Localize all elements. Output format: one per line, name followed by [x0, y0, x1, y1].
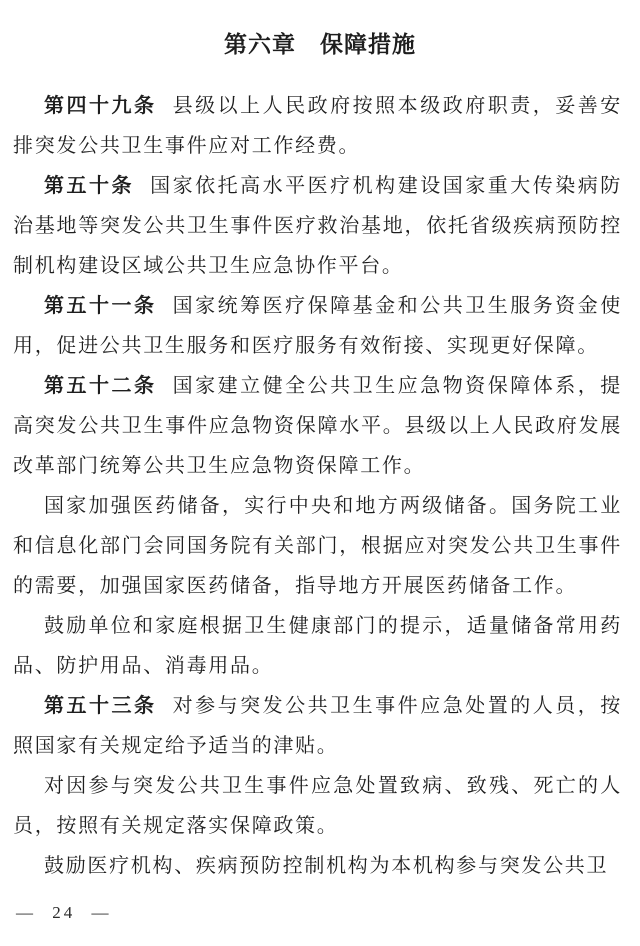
paragraph-text: 对因参与突发公共卫生事件应急处置致病、致残、死亡的人员，按照有关规定落实保障政策…: [13, 775, 622, 837]
article-number-label: 第四十九条: [44, 95, 157, 117]
paragraph-text: 国家加强医药储备，实行中央和地方两级储备。国务院工业和信息化部门会同国务院有关部…: [13, 495, 622, 597]
article-paragraph: 第五十三条对参与突发公共卫生事件应急处置的人员，按照国家有关规定给予适当的津贴。: [13, 686, 622, 766]
article-number-label: 第五十条: [44, 175, 134, 197]
article-paragraph: 第五十一条国家统筹医疗保障基金和公共卫生服务资金使用，促进公共卫生服务和医疗服务…: [13, 286, 622, 366]
document-body: 第四十九条县级以上人民政府按照本级政府职责，妥善安排突发公共卫生事件应对工作经费…: [13, 86, 622, 886]
article-paragraph: 第四十九条县级以上人民政府按照本级政府职责，妥善安排突发公共卫生事件应对工作经费…: [13, 86, 622, 166]
article-paragraph: 对因参与突发公共卫生事件应急处置致病、致残、死亡的人员，按照有关规定落实保障政策…: [13, 766, 622, 846]
page-number: — 24 —: [16, 903, 112, 923]
article-number-label: 第五十三条: [44, 695, 157, 717]
document-page: 第六章 保障措施 第四十九条县级以上人民政府按照本级政府职责，妥善安排突发公共卫…: [0, 0, 640, 946]
article-paragraph: 鼓励医疗机构、疾病预防控制机构为本机构参与突发公共卫: [13, 846, 622, 886]
article-number-label: 第五十二条: [44, 375, 157, 397]
paragraph-text: 鼓励单位和家庭根据卫生健康部门的提示，适量储备常用药品、防护用品、消毒用品。: [13, 615, 622, 677]
article-paragraph: 国家加强医药储备，实行中央和地方两级储备。国务院工业和信息化部门会同国务院有关部…: [13, 486, 622, 606]
article-paragraph: 鼓励单位和家庭根据卫生健康部门的提示，适量储备常用药品、防护用品、消毒用品。: [13, 606, 622, 686]
article-paragraph: 第五十条国家依托高水平医疗机构建设国家重大传染病防治基地等突发公共卫生事件医疗救…: [13, 166, 622, 286]
article-paragraph: 第五十二条国家建立健全公共卫生应急物资保障体系，提高突发公共卫生事件应急物资保障…: [13, 366, 622, 486]
chapter-title: 第六章 保障措施: [0, 26, 640, 59]
article-number-label: 第五十一条: [44, 295, 157, 317]
paragraph-text: 鼓励医疗机构、疾病预防控制机构为本机构参与突发公共卫: [44, 855, 608, 877]
